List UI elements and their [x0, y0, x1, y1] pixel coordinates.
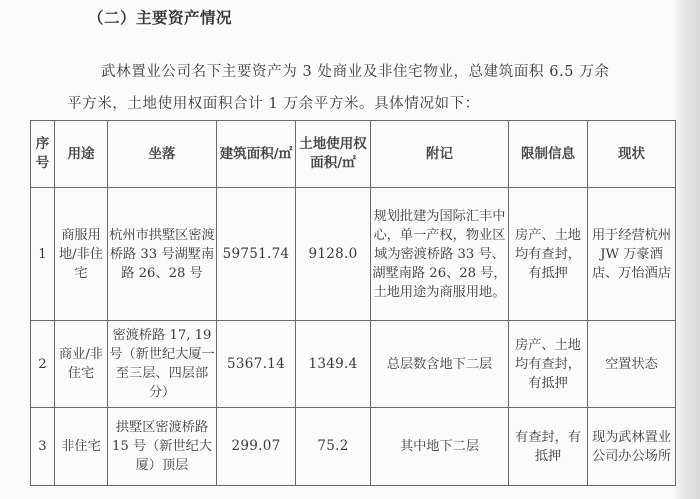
paragraph-line-2: 平方米，土地使用权面积合计 1 万余平方米。具体情况如下：	[67, 88, 667, 120]
table-row: 2 商业/非住宅 密渡桥路 17, 19 号（新世纪大厦一至三层、四层部分） 5…	[31, 321, 676, 408]
cell-restrictions: 房产、土地均有查封，有抵押	[509, 321, 588, 408]
cell-status: 空置状态	[588, 321, 676, 408]
intro-paragraph: 武林置业公司名下主要资产为 3 处商业及非住宅物业，总建筑面积 6.5 万余 平…	[67, 56, 667, 120]
cell-index: 1	[31, 188, 55, 321]
cell-index: 3	[31, 408, 55, 486]
cell-notes: 总层数含地下二层	[371, 321, 509, 408]
cell-location: 密渡桥路 17, 19 号（新世纪大厦一至三层、四层部分）	[108, 321, 217, 408]
cell-notes: 规划批建为国际汇丰中心，单一产权，物业区域为密渡桥路 33 号、湖墅南路 26、…	[371, 188, 509, 321]
cell-index: 2	[31, 321, 55, 408]
header-land-area: 土地使用权面积/㎡	[296, 121, 371, 188]
table-row: 3 非住宅 拱墅区密渡桥路 15 号（新世纪大厦）顶层 299.07 75.2 …	[31, 408, 676, 486]
header-location: 坐落	[108, 121, 217, 188]
header-index: 序号	[31, 121, 55, 188]
cell-usage: 商服用地/非住宅	[55, 188, 108, 321]
cell-status: 用于经营杭州 JW 万豪酒店、万怡酒店	[588, 188, 676, 321]
cell-land-area: 9128.0	[296, 188, 371, 321]
header-usage: 用途	[55, 121, 108, 188]
table-header-row: 序号 用途 坐落 建筑面积/㎡ 土地使用权面积/㎡ 附记 限制信息 现状	[31, 121, 676, 188]
paragraph-line-1: 武林置业公司名下主要资产为 3 处商业及非住宅物业，总建筑面积 6.5 万余	[67, 56, 667, 88]
section-heading: （二）主要资产情况	[88, 6, 232, 28]
cell-building-area: 299.07	[217, 408, 296, 486]
cell-land-area: 1349.4	[296, 321, 371, 408]
header-building-area: 建筑面积/㎡	[217, 121, 296, 188]
header-restrictions: 限制信息	[509, 121, 588, 188]
cell-location: 杭州市拱墅区密渡桥路 33 号湖墅南路 26、28 号	[108, 188, 217, 321]
cell-usage: 非住宅	[55, 408, 108, 486]
assets-table: 序号 用途 坐落 建筑面积/㎡ 土地使用权面积/㎡ 附记 限制信息 现状 1 商…	[30, 120, 676, 486]
header-notes: 附记	[371, 121, 509, 188]
cell-restrictions: 房产、土地均有查封，有抵押	[509, 188, 588, 321]
cell-land-area: 75.2	[296, 408, 371, 486]
cell-building-area: 59751.74	[217, 188, 296, 321]
table-row: 1 商服用地/非住宅 杭州市拱墅区密渡桥路 33 号湖墅南路 26、28 号 5…	[31, 188, 676, 321]
header-status: 现状	[588, 121, 676, 188]
cell-notes: 其中地下二层	[371, 408, 509, 486]
page-edge-shadow	[672, 0, 700, 499]
cell-status: 现为武林置业公司办公场所	[588, 408, 676, 486]
cell-restrictions: 有查封，有抵押	[509, 408, 588, 486]
cell-usage: 商业/非住宅	[55, 321, 108, 408]
cell-location: 拱墅区密渡桥路 15 号（新世纪大厦）顶层	[108, 408, 217, 486]
cell-building-area: 5367.14	[217, 321, 296, 408]
